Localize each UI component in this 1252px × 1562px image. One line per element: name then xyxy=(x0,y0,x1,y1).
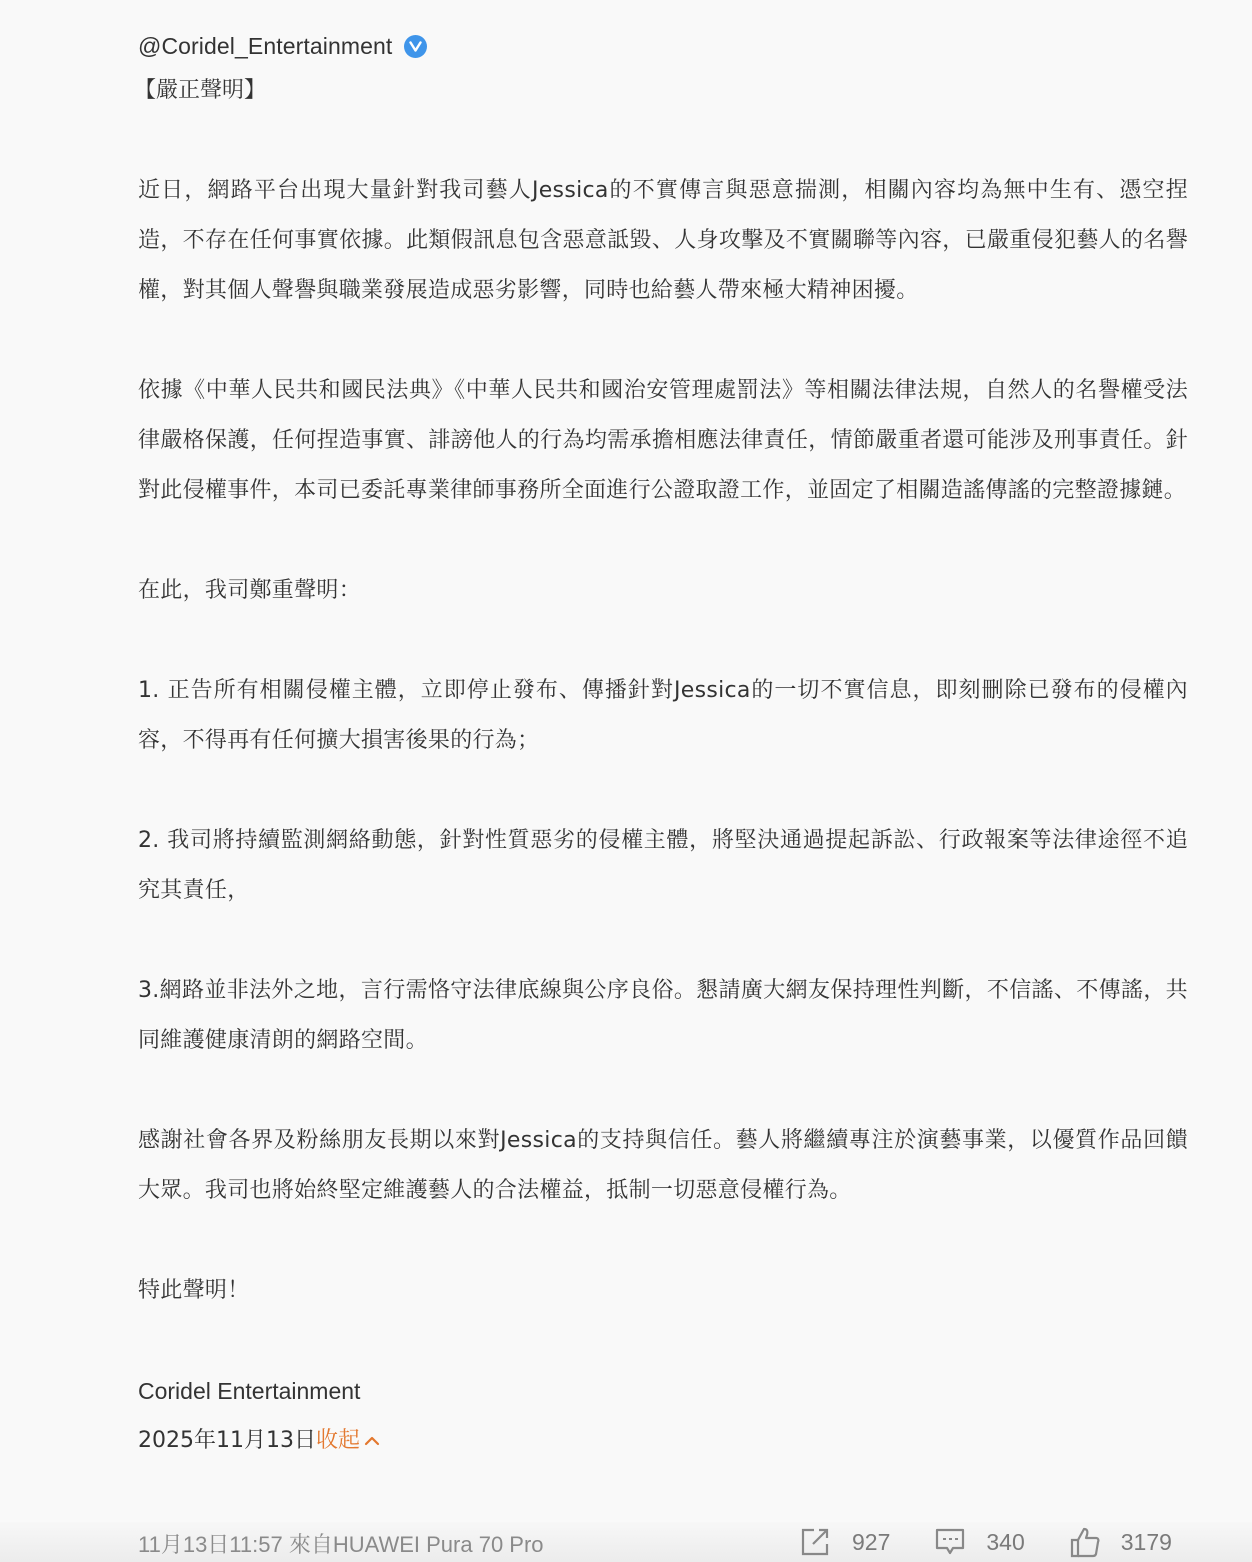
comment-count: 340 xyxy=(986,1529,1024,1556)
repost-count: 927 xyxy=(852,1529,890,1556)
post-footer: 11月13日11:57 來自HUAWEI Pura 70 Pro 927 340… xyxy=(0,1522,1252,1562)
paragraph-intro: 近日，網路平台出現大量針對我司藝人Jessica的不實傳言與惡意揣測，相關內容均… xyxy=(138,166,1188,316)
like-button[interactable]: 3179 xyxy=(1069,1526,1172,1558)
signature: Coridel Entertainment xyxy=(138,1366,1188,1416)
post-meta: 11月13日11:57 來自HUAWEI Pura 70 Pro xyxy=(138,1528,544,1559)
paragraph-point-1: 1. 正告所有相關侵權主體，立即停止發布、傳播針對Jessica的一切不實信息，… xyxy=(138,666,1188,766)
repost-button[interactable]: 927 xyxy=(800,1527,890,1557)
paragraph-closing: 特此聲明！ xyxy=(138,1266,1188,1316)
paragraph-point-3: 3.網路並非法外之地，言行需恪守法律底線與公序良俗。懇請廣大網友保持理性判斷，不… xyxy=(138,966,1188,1066)
post-card: @Coridel_Entertainment 【嚴正聲明】 近日，網路平台出現大… xyxy=(138,26,1188,1466)
thumbs-up-icon xyxy=(1069,1526,1101,1558)
post-date: 2025年11月13日 xyxy=(138,1428,316,1453)
author-name[interactable]: @Coridel_Entertainment xyxy=(138,33,392,60)
comment-button[interactable]: 340 xyxy=(934,1527,1024,1557)
paragraph-point-2: 2. 我司將持續監測網絡動態，針對性質惡劣的侵權主體，將堅決通過提起訴訟、行政報… xyxy=(138,816,1188,916)
action-bar: 927 340 3179 xyxy=(800,1526,1172,1558)
paragraph-declaration: 在此，我司鄭重聲明： xyxy=(138,566,1188,616)
like-count: 3179 xyxy=(1121,1529,1172,1556)
verified-badge-icon xyxy=(404,35,427,58)
comment-icon xyxy=(934,1527,966,1557)
collapse-button[interactable]: 收起 xyxy=(316,1428,380,1453)
paragraph-thanks: 感謝社會各界及粉絲朋友長期以來對Jessica的支持與信任。藝人將繼續專注於演藝… xyxy=(138,1116,1188,1216)
repost-icon xyxy=(800,1527,832,1557)
chevron-up-icon xyxy=(364,1435,380,1447)
collapse-label: 收起 xyxy=(316,1428,360,1453)
post-title: 【嚴正聲明】 xyxy=(134,66,1188,116)
date-row: 2025年11月13日收起 xyxy=(138,1416,1188,1466)
paragraph-legal-basis: 依據《中華人民共和國民法典》《中華人民共和國治安管理處罰法》等相關法律法規，自然… xyxy=(138,366,1188,516)
author-row: @Coridel_Entertainment xyxy=(138,26,1188,66)
